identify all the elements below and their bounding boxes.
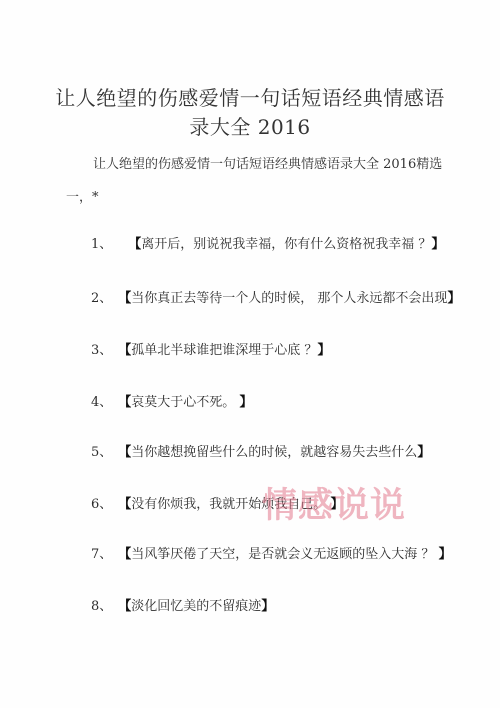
list-item: 2、【当你真正去等待一个人的时候， 那个人永远都不会出现】 [91, 290, 460, 308]
close-bracket: 】 [330, 497, 343, 512]
item-text: 当你真正去等待一个人的时候， 那个人永远都不会出现 [131, 291, 447, 306]
list-item: 8、【淡化回忆美的不留痕迹】 [91, 598, 274, 616]
open-bracket: 【 [118, 395, 131, 410]
item-text: 离开后，别说祝我幸福，你有什么资格祝我幸福 ？ [141, 237, 431, 252]
list-item: 7、【当风筝厌倦了天空，是否就会义无返顾的坠入大海 ？ 】 [91, 546, 452, 564]
item-number: 8、 [91, 598, 112, 616]
close-bracket: 】 [447, 291, 460, 306]
item-number: 7、 [91, 546, 112, 564]
close-bracket: 】 [261, 599, 274, 614]
open-bracket: 【 [118, 291, 131, 306]
close-bracket: 】 [439, 547, 452, 562]
item-number: 4、 [91, 394, 112, 412]
close-bracket: 】 [239, 395, 252, 410]
item-text: 孤单北半球谁把谁深埋于心底 ？ [131, 343, 317, 358]
list-item: 1、【离开后，别说祝我幸福，你有什么资格祝我幸福 ？】 [91, 236, 444, 254]
open-bracket: 【 [118, 343, 131, 358]
item-text: 没有你烦我，我就开始烦我自己。 [131, 497, 330, 512]
item-number: 2、 [91, 290, 112, 308]
document-page: 让人绝望的伤感爱情一句话短语经典情感语 录大全 2016 让人绝望的伤感爱情一句… [0, 0, 500, 708]
document-title-line-2: 录大全 2016 [0, 113, 500, 141]
item-text: 当你越想挽留些什么的时候，就越容易失去些什么 [131, 445, 417, 460]
list-item: 6、【没有你烦我，我就开始烦我自己。 】 [91, 496, 343, 514]
item-text: 哀莫大于心不死。 [131, 395, 239, 410]
open-bracket: 【 [118, 547, 131, 562]
document-title-line-1: 让人绝望的伤感爱情一句话短语经典情感语 [0, 84, 500, 112]
item-text: 淡化回忆美的不留痕迹 [131, 599, 261, 614]
item-number: 5、 [91, 444, 112, 462]
close-bracket: 】 [417, 445, 430, 460]
open-bracket: 【 [118, 497, 131, 512]
list-item: 5、【当你越想挽留些什么的时候，就越容易失去些什么】 [91, 444, 430, 462]
intro-paragraph-continuation: 一，* [66, 189, 99, 207]
item-number: 6、 [91, 496, 112, 514]
item-number: 1、 [91, 236, 112, 254]
list-item: 4、【哀莫大于心不死。 】 [91, 394, 252, 412]
intro-paragraph: 让人绝望的伤感爱情一句话短语经典情感语录大全 2016精选 [93, 156, 442, 174]
item-text: 当风筝厌倦了天空，是否就会义无返顾的坠入大海 ？ [131, 547, 438, 562]
item-number: 3、 [91, 342, 112, 360]
open-bracket: 【 [118, 599, 131, 614]
open-bracket: 【 [118, 445, 131, 460]
list-item: 3、【孤单北半球谁把谁深埋于心底 ？】 [91, 342, 330, 360]
close-bracket: 】 [431, 237, 444, 252]
close-bracket: 】 [317, 343, 330, 358]
open-bracket: 【 [128, 237, 141, 252]
